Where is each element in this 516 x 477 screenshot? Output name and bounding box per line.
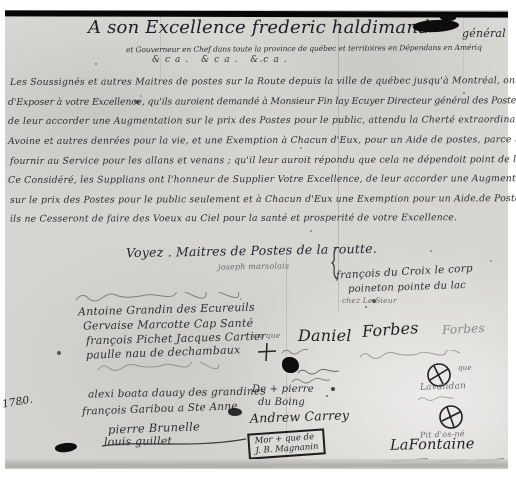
body-line: sur le prix des Postes pour le public se… (10, 193, 516, 206)
signature: chez Le Sieur (342, 296, 397, 305)
body-line: de leur accorder une Augmentation sur le… (8, 114, 516, 127)
body-line: Avoine et autres denrées pour la vie, et… (8, 134, 516, 147)
signature-cross-mark (256, 342, 278, 362)
ink-blot (440, 14, 456, 21)
signature: De + pierre (252, 384, 314, 395)
ink-blot (134, 100, 140, 104)
body-line: fournir au Service pour les allans et ve… (10, 154, 516, 167)
signature: Forbes (442, 321, 485, 337)
body-line: Les Soussignés et autres Maitres de post… (10, 75, 516, 88)
illegible-signature (96, 362, 226, 374)
signature-mark-label: marque (250, 331, 280, 340)
header-flourish: &ca. &ca. &ca. (152, 55, 292, 65)
signature: Daniel (298, 326, 352, 345)
circled-cross-mark (436, 402, 466, 432)
header-rank: général (462, 27, 506, 40)
ink-blot (228, 408, 242, 416)
illegible-signature (296, 367, 344, 376)
clerk-signature: joseph marsolais (218, 261, 289, 271)
signature-mark-label: que (458, 364, 472, 372)
signature: Forbes (361, 318, 419, 341)
signature: LaFontaine (390, 436, 475, 453)
illegible-signature (358, 350, 468, 360)
paper-specks (0, 0, 2, 2)
signature: Lavandan (420, 381, 466, 393)
manuscript-scan: A son Excellence frederic haldimand géné… (0, 0, 516, 477)
body-line: ils ne Cesseront de faire des Voeux au C… (10, 212, 457, 225)
pen-flourish (100, 436, 250, 450)
body-line: d'Exposer à votre Excellence, qu'ils aur… (8, 95, 516, 108)
header-salutation: A son Excellence frederic haldimand (88, 17, 430, 38)
scan-shadow (5, 459, 508, 469)
illegible-signature (280, 347, 312, 357)
signature: du Boing (258, 397, 305, 408)
signature-box: Mor + que de J. B. Magnanin (247, 428, 326, 459)
body-line: Ce Considéré, les Supplians ont l'honneu… (8, 173, 516, 186)
